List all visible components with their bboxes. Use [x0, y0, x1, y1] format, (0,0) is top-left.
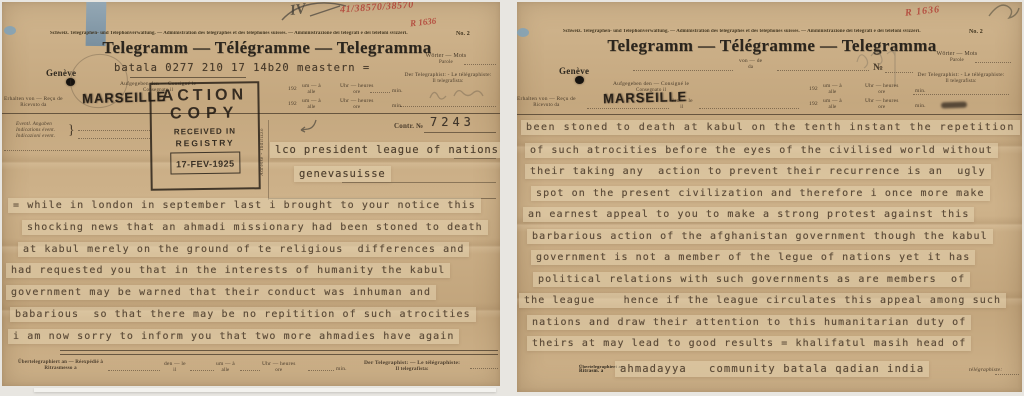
um-a-line2: alle — [823, 90, 842, 96]
year-prefix: 192 — [288, 101, 297, 108]
min-label: min. — [915, 103, 926, 110]
uhr-line1: Uhr — heures — [262, 361, 296, 367]
footer-telegraphist-line1: Der Telegraphist: — Le télégraphiste: — [364, 360, 460, 366]
body-line: political relations with such government… — [533, 272, 970, 287]
contr-number-typed: 7243 — [430, 115, 475, 129]
um-a-label: um — à alle — [823, 98, 842, 111]
von-de-line2: da — [739, 65, 762, 71]
registry-date: 17-FEV-1925 — [176, 159, 235, 170]
body-line: the league hence if the league circulate… — [519, 293, 1006, 308]
contr-label: Contr. № — [394, 122, 423, 130]
telegraphist-line1: Der Telegraphist: - Le télégraphiste: — [918, 72, 1005, 78]
um-a-line2: alle — [302, 105, 321, 111]
eventl-line2: Indications évent. — [16, 128, 55, 133]
address-panel-left-rule — [268, 120, 269, 200]
punch-hole-icon — [575, 76, 584, 84]
uhr-line1: Uhr — heures — [340, 83, 374, 89]
form-number: No. 2 — [456, 31, 470, 37]
body-line: barbarious action of the afghanistan gov… — [527, 229, 993, 244]
body-line: shocking news that an ahmadi missionary … — [22, 220, 488, 235]
den-le-line1: den — le — [671, 98, 693, 104]
action-word: ACTION — [151, 86, 257, 105]
pencil-corner-mark — [985, 2, 1021, 22]
registry-ref-number: R 1636 — [905, 4, 941, 19]
woerter-line1: Wörter — Mots — [937, 51, 978, 57]
den-le-line2: il — [671, 105, 693, 111]
telegraphist-label: Der Telegraphist: - Le télégraphiste: Il… — [398, 72, 498, 85]
ink-smudge — [941, 102, 967, 109]
uhr-line2: ore — [262, 368, 296, 374]
body-line: = while in london in september last i br… — [8, 198, 481, 213]
uhr-line2: ore — [865, 105, 899, 111]
year-prefix: 192 — [809, 86, 818, 93]
uhr-heures-label: Uhr — heures ore — [865, 98, 899, 111]
blue-ink-dot — [4, 26, 16, 35]
fill-line — [370, 92, 390, 93]
erhalten-line2: Ricevuto da — [4, 103, 63, 109]
um-a-line1: um — à — [823, 98, 842, 104]
pencil-signature-squiggle — [426, 84, 488, 104]
registry-date-box: 17-FEV-1925 — [170, 152, 241, 175]
um-a-line1: um — à — [823, 83, 842, 89]
erhalten-label: Erhalten von — Reçu de Ricevuto da — [4, 96, 63, 109]
year-prefix: 192 — [809, 101, 818, 108]
uhr-line1: Uhr — heures — [340, 98, 374, 104]
action-copy-registry-stamp: ACTION COPY RECEIVED IN REGISTRY 17-FEV-… — [149, 81, 260, 191]
uhr-heures-label: Uhr — heures ore — [262, 361, 296, 374]
footer-telegraphist-label: Der Telegraphist: — Le télégraphiste: Il… — [364, 360, 460, 373]
fill-line — [400, 106, 496, 107]
fill-line — [699, 108, 799, 109]
body-line: government may be warned that their cond… — [6, 285, 436, 300]
fill-line — [342, 182, 496, 183]
body-line: i am now sorry to inform you that two mo… — [8, 329, 459, 344]
adresse-vertical-label: Adresse - Indirizzo — [260, 128, 265, 176]
address-line-typed: lco president league of nations — [270, 142, 500, 158]
woerter-line1: Wörter — Mots — [426, 53, 467, 59]
body-line: their taking any action to prevent their… — [525, 164, 991, 179]
erhalten-line1: Erhalten von — Reçu de — [517, 96, 576, 102]
fill-line — [995, 374, 1019, 375]
fill-line — [587, 108, 669, 109]
body-line: theirs at may lead to good results = kha… — [527, 336, 971, 351]
erhalten-line2: Ricevuto da — [517, 103, 576, 109]
fill-line — [454, 158, 496, 159]
routing-line-typed: batala 0277 210 17 14b20 meastern = — [114, 62, 370, 74]
registry-ref-number: R 1636 — [410, 16, 437, 29]
footer-telegraphist-line2: Il telegrafista: — [364, 367, 460, 373]
body-line: an earnest appeal to you to make a stron… — [523, 207, 974, 222]
eventl-brace: } — [68, 123, 75, 140]
footer-double-rule-top — [60, 350, 498, 351]
den-le-line1: den — le — [164, 361, 186, 367]
fill-line — [78, 138, 150, 139]
uhr-line2: ore — [340, 90, 374, 96]
um-a-line2: alle — [302, 90, 321, 96]
erhalten-label: Erhalten von — Reçu de Ricevuto da — [517, 96, 576, 109]
year-prefix: 192 — [288, 86, 297, 93]
right-telegram-page: R 1636 Schweiz. Telegraphen- und Telepho… — [517, 2, 1022, 392]
left-telegram-page: IV 41/38570/38570 R 1636 Schweiz. Telegr… — [2, 2, 500, 386]
fill-line — [190, 370, 214, 371]
address-line-typed: genevasuisse — [294, 166, 391, 182]
den-le-line2: il — [164, 368, 186, 374]
erhalten-line1: Erhalten von — Reçu de — [4, 96, 63, 102]
footer-double-rule-bottom — [60, 354, 498, 355]
body-line: babarious so that there may be no repiti… — [10, 307, 476, 322]
min-label: min. — [336, 366, 347, 373]
header-divider-rule — [517, 114, 1022, 115]
scan-edge-strip — [34, 388, 496, 392]
telegraphist-line2: Il telegrafista: — [911, 79, 1011, 85]
body-line: of such atrocities before the eyes of th… — [525, 143, 998, 158]
fill-line — [108, 370, 160, 371]
uhr-heures-label: Uhr — heures ore — [340, 83, 374, 96]
fill-line — [470, 368, 498, 369]
red-file-number: 41/38570/38570 — [340, 2, 415, 16]
um-a-label: um — à alle — [302, 98, 321, 111]
fill-line — [240, 370, 260, 371]
fill-line — [975, 62, 1011, 63]
um-a-line1: um — à — [302, 98, 321, 104]
blue-ink-dot — [517, 28, 529, 37]
body-line: spot on the present civilization and the… — [531, 186, 990, 201]
den-le-label: den — le il — [164, 361, 186, 374]
footer-signature-typed: ahmadayya community batala qadian india — [615, 361, 929, 377]
fill-line — [308, 370, 334, 371]
contr-underline — [424, 132, 496, 133]
body-line: nations and draw their attention to this… — [527, 315, 971, 330]
fill-line — [4, 150, 150, 151]
fill-line — [633, 70, 733, 71]
telegraphist-label: Der Telegraphist: - Le télégraphiste: Il… — [911, 72, 1011, 85]
eventl-angaben-label: Eventl. Angaben Indications évent. Indic… — [16, 122, 55, 140]
uhr-line2: ore — [865, 90, 899, 96]
fill-line — [78, 130, 150, 131]
um-a-label: um — à alle — [216, 361, 235, 374]
body-line: been stoned to death at kabul on the ten… — [521, 120, 1020, 135]
registry-line: REGISTRY — [152, 137, 258, 148]
admin-header-line: Schweiz. Telegraphen- und Telephonverwal… — [50, 31, 444, 36]
min-label: min. — [392, 88, 403, 95]
telegraphist-line1: Der Telegraphist: - Le télégraphiste: — [405, 72, 492, 78]
footer-right-label: télégraphiste: — [969, 367, 1002, 374]
uhr-heures-label: Uhr — heures ore — [340, 98, 374, 111]
von-de-line1: von — de — [739, 58, 762, 64]
den-le-label: den — le il — [671, 98, 693, 111]
received-in-line: RECEIVED IN — [152, 126, 258, 136]
min-label: min. — [392, 103, 403, 110]
um-a-line2: alle — [216, 368, 235, 374]
form-title: Telegramm — Télégramme — Telegramma — [82, 38, 452, 58]
aufgegeben-line1: Aufgegeben den — Consigné le — [613, 81, 689, 87]
um-a-label: um — à alle — [823, 83, 842, 96]
pencil-check-mark — [298, 118, 320, 134]
um-a-line1: um — à — [216, 361, 235, 367]
routing-underline — [130, 77, 246, 78]
retrans-line2: Ritrasmesso a — [18, 366, 103, 372]
von-de-label: von — de da — [739, 58, 762, 71]
eventl-line3: Indicazioni event. — [16, 134, 55, 139]
body-line: at kabul merely on the ground of te reli… — [18, 242, 469, 257]
geneve-label: Genève — [559, 66, 589, 76]
fill-line — [913, 94, 1009, 95]
um-a-label: um — à alle — [302, 83, 321, 96]
retransmitted-label: Übertelegraphiert an — Réexpédié à Ritra… — [18, 360, 103, 372]
form-number: No. 2 — [969, 29, 983, 35]
uhr-heures-label: Uhr — heures ore — [865, 83, 899, 96]
uhr-line2: ore — [340, 105, 374, 111]
uhr-line1: Uhr — heures — [865, 83, 899, 89]
uhr-line1: Uhr — heures — [865, 98, 899, 104]
admin-header-line: Schweiz. Telegraphen- und Telephonverwal… — [563, 29, 957, 34]
body-line: government is not a member of the legue … — [531, 250, 975, 265]
telegram-scan-canvas: IV 41/38570/38570 R 1636 Schweiz. Telegr… — [0, 0, 1024, 396]
copy-word: COPY — [152, 104, 258, 123]
eventl-line1: Eventl. Angaben — [16, 122, 52, 127]
fill-line — [464, 64, 496, 65]
min-label: min. — [915, 88, 926, 95]
body-line: had requested you that in the interests … — [6, 263, 450, 278]
um-a-line1: um — à — [302, 83, 321, 89]
um-a-line2: alle — [823, 105, 842, 111]
retrans-line1: Übertelegraphiert an — Réexpédié à — [18, 360, 103, 365]
